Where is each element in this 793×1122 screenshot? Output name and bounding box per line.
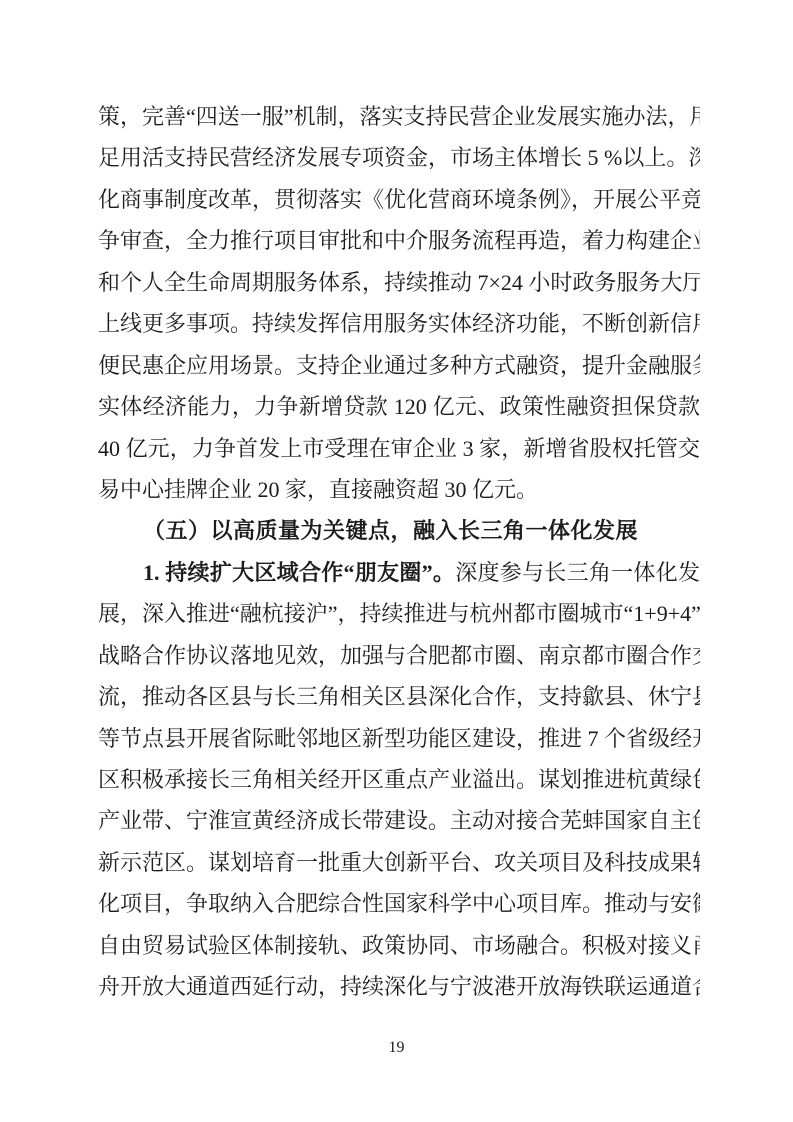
text-line: 流，推动各区县与长三角相关区县深化合作，支持歙县、休宁县 xyxy=(98,676,700,717)
text-line: 争审查，全力推行项目审批和中介服务流程再造，着力构建企业 xyxy=(98,220,700,261)
text-segment: 足用活支持民营经济发展专项资金，市场主体增长 5 %以上。深 xyxy=(98,145,700,170)
text-segment: 争审查，全力推行项目审批和中介服务流程再造，着力构建企业 xyxy=(98,228,700,253)
text-line: 区积极承接长三角相关经开区重点产业溢出。谋划推进杭黄绿色 xyxy=(98,759,700,800)
text-line: 策，完善“四送一服”机制，落实支持民营企业发展实施办法，用 xyxy=(98,96,700,137)
text-line: 和个人全生命周期服务体系，持续推动 7×24 小时政务服务大厅 xyxy=(98,262,700,303)
text-line: 新示范区。谋划培育一批重大创新平台、攻关项目及科技成果转 xyxy=(98,842,700,883)
text-line: 自由贸易试验区体制接轨、政策协同、市场融合。积极对接义甬 xyxy=(98,925,700,966)
text-segment: 深度参与长三角一体化发 xyxy=(455,560,700,585)
text-segment: 战略合作协议落地见效，加强与合肥都市圈、南京都市圈合作交 xyxy=(98,643,700,668)
text-segment: 展，深入推进“融杭接沪”，持续推进与杭州都市圈城市“1+9+4” xyxy=(98,601,700,626)
text-line: 化项目，争取纳入合肥综合性国家科学中心项目库。推动与安徽 xyxy=(98,883,700,924)
section-heading-line: （五）以高质量为关键点，融入长三角一体化发展 xyxy=(98,510,700,551)
text-segment: 和个人全生命周期服务体系，持续推动 7×24 小时政务服务大厅 xyxy=(98,270,700,295)
text-segment: 产业带、宁淮宣黄经济成长带建设。主动对接合芜蚌国家自主创 xyxy=(98,808,700,833)
text-segment: 策，完善“四送一服”机制，落实支持民营企业发展实施办法，用 xyxy=(98,104,700,129)
text-line: 1. 持续扩大区域合作“朋友圈”。深度参与长三角一体化发 xyxy=(98,552,700,593)
text-segment: 区积极承接长三角相关经开区重点产业溢出。谋划推进杭黄绿色 xyxy=(98,767,700,792)
text-segment: 上线更多事项。持续发挥信用服务实体经济功能，不断创新信用 xyxy=(98,311,700,336)
bold-text-segment: 1. 持续扩大区域合作“朋友圈”。 xyxy=(143,560,455,585)
text-line: 化商事制度改革，贯彻落实《优化营商环境条例》，开展公平竞 xyxy=(98,179,700,220)
text-segment: 自由贸易试验区体制接轨、政策协同、市场融合。积极对接义甬 xyxy=(98,933,700,958)
text-segment: 化项目，争取纳入合肥综合性国家科学中心项目库。推动与安徽 xyxy=(98,891,700,916)
text-segment: 便民惠企应用场景。支持企业通过多种方式融资，提升金融服务 xyxy=(98,353,700,378)
text-line: 舟开放大通道西延行动，持续深化与宁波港开放海铁联运通道合 xyxy=(98,966,700,1007)
text-segment: 40 亿元，力争首发上市受理在审企业 3 家，新增省股权托管交 xyxy=(98,436,700,461)
text-segment: 化商事制度改革，贯彻落实《优化营商环境条例》，开展公平竞 xyxy=(98,187,700,212)
text-segment: 实体经济能力，力争新增贷款 120 亿元、政策性融资担保贷款 xyxy=(98,394,700,419)
text-line: 展，深入推进“融杭接沪”，持续推进与杭州都市圈城市“1+9+4” xyxy=(98,593,700,634)
text-segment: 易中心挂牌企业 20 家，直接融资超 30 亿元。 xyxy=(98,477,538,502)
text-line: 足用活支持民营经济发展专项资金，市场主体增长 5 %以上。深 xyxy=(98,137,700,178)
text-line: 上线更多事项。持续发挥信用服务实体经济功能，不断创新信用 xyxy=(98,303,700,344)
text-line: 便民惠企应用场景。支持企业通过多种方式融资，提升金融服务 xyxy=(98,345,700,386)
page-number: 19 xyxy=(0,1040,793,1056)
text-line: 战略合作协议落地见效，加强与合肥都市圈、南京都市圈合作交 xyxy=(98,635,700,676)
text-line: 实体经济能力，力争新增贷款 120 亿元、政策性融资担保贷款 xyxy=(98,386,700,427)
document-text-block: 策，完善“四送一服”机制，落实支持民营企业发展实施办法，用足用活支持民营经济发展… xyxy=(98,96,700,1008)
text-segment: 新示范区。谋划培育一批重大创新平台、攻关项目及科技成果转 xyxy=(98,850,700,875)
text-segment: 舟开放大通道西延行动，持续深化与宁波港开放海铁联运通道合 xyxy=(98,974,700,999)
text-line: 40 亿元，力争首发上市受理在审企业 3 家，新增省股权托管交 xyxy=(98,428,700,469)
text-segment: 等节点县开展省际毗邻地区新型功能区建设，推进 7 个省级经开 xyxy=(98,726,700,751)
text-line: 产业带、宁淮宣黄经济成长带建设。主动对接合芜蚌国家自主创 xyxy=(98,800,700,841)
text-line: 易中心挂牌企业 20 家，直接融资超 30 亿元。 xyxy=(98,469,700,510)
text-segment: 流，推动各区县与长三角相关区县深化合作，支持歙县、休宁县 xyxy=(98,684,700,709)
bold-text-segment: （五）以高质量为关键点，融入长三角一体化发展 xyxy=(143,518,638,543)
text-line: 等节点县开展省际毗邻地区新型功能区建设，推进 7 个省级经开 xyxy=(98,718,700,759)
document-page: 策，完善“四送一服”机制，落实支持民营企业发展实施办法，用足用活支持民营经济发展… xyxy=(0,0,793,1122)
